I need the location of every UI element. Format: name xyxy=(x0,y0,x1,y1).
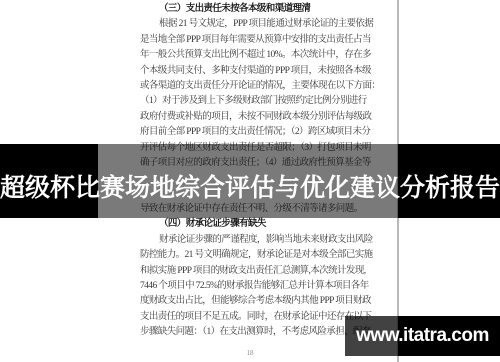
doc-line: （1）对于涉及到上下多级财政部门按照约定比例分别进行 xyxy=(140,94,372,109)
doc-line: 和拟实施 PPP 项目的财政支出责任汇总测算,本次统计发现, xyxy=(140,264,372,279)
doc-line: 是当地全部 PPP 项目每年需要从预算中安排的支出责任占当 xyxy=(140,33,372,48)
overlay-headline: 超级杯比赛场地综合评估与优化建议分析报告 xyxy=(0,175,500,201)
doc-line: 财承论证步骤的严谨程度，影响当地未来财政支出风险 xyxy=(140,233,372,248)
doc-line: 支出责任的项目不足五成。同时，在财承论证中还存在以下 xyxy=(140,310,372,325)
doc-line: 度财政支出占比，但能够综合考虑本级内其他 PPP 项目财政 xyxy=(140,294,372,309)
section-heading-3: （三）支出责任未按各本级和渠道理清 xyxy=(140,2,372,17)
doc-line: 府目前全部 PPP 项目的支出责任情况；（2）跨区域项目未分 xyxy=(140,125,372,140)
doc-line: 7446 个项目中 72.5%的财承报告能够汇总并计算本项目各年 xyxy=(140,279,372,294)
watermark-url: www.itatra.com xyxy=(345,316,500,356)
doc-line: 防控能力。21 号文明确规定，财承论证是对本级全部已实施 xyxy=(140,248,372,263)
document-page: （三）支出责任未按各本级和渠道理清 根据 21 号文规定，PPP 项目能通过财承… xyxy=(0,0,500,362)
doc-line: 年一般公共预算支出比例不超过 10%。本次统计中，存在多 xyxy=(140,48,372,63)
doc-line: 个本级共同支付、多种支付渠道的 PPP 项目，未按照各本级 xyxy=(140,64,372,79)
watermark-box: www.itatra.com xyxy=(345,316,500,356)
doc-line: 根据 21 号文规定，PPP 项目能通过财承论证的主要依据 xyxy=(140,17,372,32)
section-heading-4: （四）财承论证步骤有缺失 xyxy=(140,217,372,232)
doc-line: 或各渠道的支出责任分开论证的情况，主要体现在以下方面： xyxy=(140,79,372,94)
doc-line: 政府付费或补贴的项目，未按不同财政本级分别评估每级政 xyxy=(140,110,372,125)
doc-line: 步骤缺失问题：（1）在支出测算时，不考虑风险承担、配套 xyxy=(140,325,372,340)
